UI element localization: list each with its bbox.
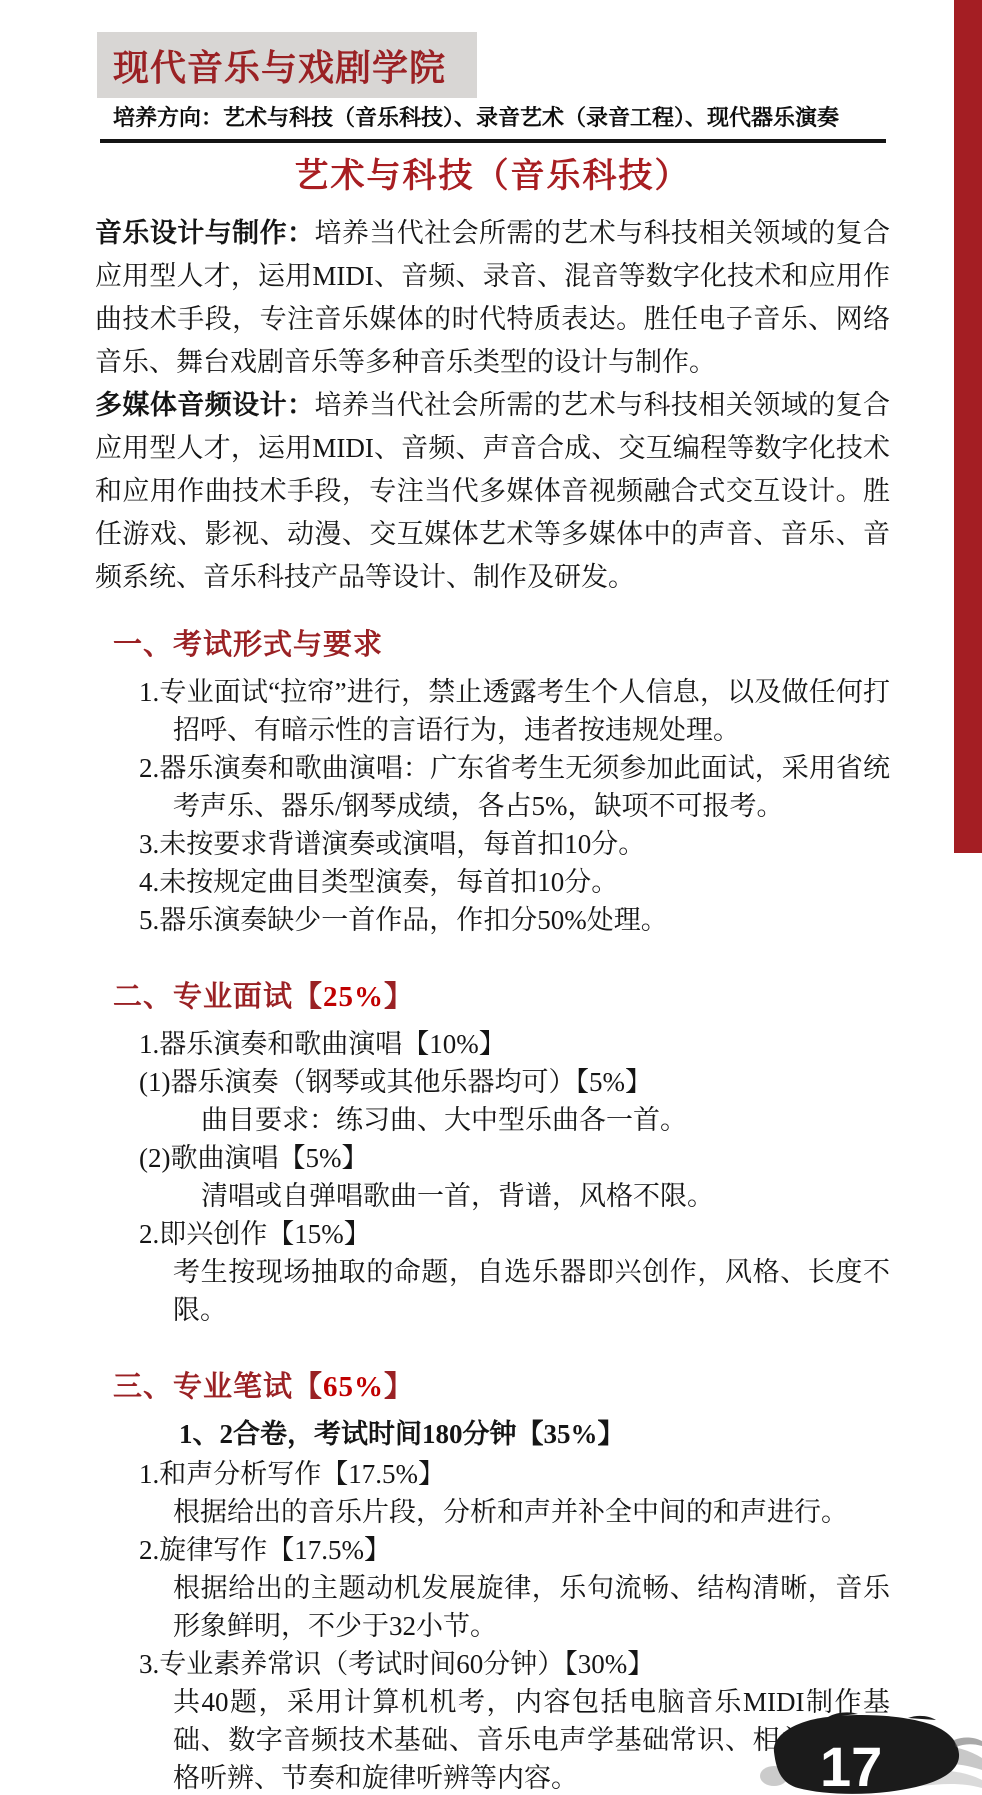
list-item-text: 专业面试“拉帘”进行，禁止透露考生个人信息，以及做任何打招呼、有暗示性的言语行为… [159, 677, 890, 745]
list-item: 1.器乐演奏和歌曲演唱【10%】 [95, 1025, 890, 1063]
intro-paragraph: 音乐设计与制作：培养当代社会所需的艺术与科技相关领域的复合应用型人才，运用MID… [95, 212, 890, 384]
training-directions: 培养方向：艺术与科技（音乐科技）、录音艺术（录音工程）、现代器乐演奏 [113, 101, 893, 132]
section-body: 1.器乐演奏和歌曲演唱【10%】 (1)器乐演奏（钢琴或其他乐器均可）【5%】 … [95, 1025, 890, 1329]
list-item-marker: 1. [139, 677, 159, 707]
list-item-marker: 2. [139, 1219, 159, 1249]
list-item-marker: 5. [139, 905, 159, 935]
list-item: 5.器乐演奏缺少一首作品，作扣分50%处理。 [95, 901, 890, 939]
list-item-marker: (2) [139, 1143, 170, 1173]
list-item-detail: 根据给出的主题动机发展旋律，乐句流畅、结构清晰，音乐形象鲜明，不少于32小节。 [95, 1569, 890, 1645]
list-item: 1.和声分析写作【17.5%】 [95, 1455, 890, 1493]
list-item-text: 器乐演奏和歌曲演唱【10%】 [159, 1029, 506, 1059]
list-item-text: 未按要求背谱演奏或演唱，每首扣10分。 [159, 829, 645, 859]
list-item-detail: 清唱或自弹唱歌曲一首，背谱，风格不限。 [95, 1177, 890, 1215]
list-item: 4.未按规定曲目类型演奏，每首扣10分。 [95, 863, 890, 901]
list-item-marker: 3. [139, 1649, 159, 1679]
section-heading: 三、专业笔试【65%】 [113, 1367, 890, 1407]
list-item-text: 未按规定曲目类型演奏，每首扣10分。 [159, 867, 618, 897]
list-item: 2.器乐演奏和歌曲演唱：广东省考生无须参加此面试，采用省统考声乐、器乐/钢琴成绩… [95, 749, 890, 825]
section-heading: 二、专业面试【25%】 [113, 977, 890, 1017]
pct-bracket-close: 】 [384, 981, 414, 1013]
intro-text: 培养当代社会所需的艺术与科技相关领域的复合应用型人才，运用MIDI、音频、声音合… [95, 390, 890, 592]
list-item-text: 器乐演奏缺少一首作品，作扣分50%处理。 [159, 905, 668, 935]
list-item-marker: 4. [139, 867, 159, 897]
list-item: (1)器乐演奏（钢琴或其他乐器均可）【5%】 [95, 1063, 890, 1101]
list-item-marker: (1) [139, 1067, 170, 1097]
pct-bracket-open: 【 [293, 1371, 323, 1403]
list-item: 3.未按要求背谱演奏或演唱，每首扣10分。 [95, 825, 890, 863]
list-item-detail: 考生按现场抽取的命题，自选乐器即兴创作，风格、长度不限。 [95, 1253, 890, 1329]
pct-bracket-close: 】 [384, 1371, 414, 1403]
list-item: 2.旋律写作【17.5%】 [95, 1531, 890, 1569]
list-item: 2.即兴创作【15%】 [95, 1215, 890, 1253]
pct-bracket-open: 【 [293, 981, 323, 1013]
list-item-text: 歌曲演唱【5%】 [170, 1143, 368, 1173]
right-accent-bar [954, 0, 982, 853]
page-content: 艺术与科技（音乐科技） 音乐设计与制作：培养当代社会所需的艺术与科技相关领域的复… [95, 156, 890, 1795]
college-name: 现代音乐与戏剧学院 [113, 40, 446, 91]
list-item-detail: 曲目要求：练习曲、大中型乐曲各一首。 [95, 1101, 890, 1139]
program-intro: 音乐设计与制作：培养当代社会所需的艺术与科技相关领域的复合应用型人才，运用MID… [95, 212, 890, 599]
section-weight: 25% [323, 981, 384, 1013]
list-item-text: 专业素养常识（考试时间60分钟）【30%】 [159, 1649, 654, 1679]
ink-brush-blob: 17 [758, 1710, 982, 1795]
intro-label: 多媒体音频设计： [95, 390, 314, 420]
list-item-text: 旋律写作【17.5%】 [159, 1535, 391, 1565]
list-item-text: 和声分析写作【17.5%】 [159, 1459, 445, 1489]
intro-paragraph: 多媒体音频设计：培养当代社会所需的艺术与科技相关领域的复合应用型人才，运用MID… [95, 384, 890, 599]
section-body: 1.专业面试“拉帘”进行，禁止透露考生个人信息，以及做任何打招呼、有暗示性的言语… [95, 673, 890, 939]
list-item-marker: 3. [139, 829, 159, 859]
list-item-text: 即兴创作【15%】 [159, 1219, 371, 1249]
list-item-marker: 2. [139, 753, 159, 783]
header-divider [100, 139, 886, 143]
page-title: 艺术与科技（音乐科技） [95, 156, 890, 198]
page-number-blob: 17 [758, 1710, 982, 1795]
section-heading: 一、考试形式与要求 [113, 625, 890, 665]
intro-label: 音乐设计与制作： [95, 218, 314, 248]
list-item-marker: 2. [139, 1535, 159, 1565]
section-weight: 65% [323, 1371, 384, 1403]
section-exam-format: 一、考试形式与要求 1.专业面试“拉帘”进行，禁止透露考生个人信息，以及做任何打… [95, 625, 890, 939]
section-interview: 二、专业面试【25%】 1.器乐演奏和歌曲演唱【10%】 (1)器乐演奏（钢琴或… [95, 977, 890, 1329]
page-number: 17 [820, 1735, 882, 1795]
section-heading-text: 三、专业笔试 [113, 1371, 293, 1403]
college-name-banner: 现代音乐与戏剧学院 [97, 32, 477, 98]
list-item: 1.专业面试“拉帘”进行，禁止透露考生个人信息，以及做任何打招呼、有暗示性的言语… [95, 673, 890, 749]
list-item-text: 器乐演奏（钢琴或其他乐器均可）【5%】 [170, 1067, 652, 1097]
section-heading-text: 二、专业面试 [113, 981, 293, 1013]
list-item-text: 器乐演奏和歌曲演唱：广东省考生无须参加此面试，采用省统考声乐、器乐/钢琴成绩，各… [159, 753, 890, 821]
combined-paper-note: 1、2合卷，考试时间180分钟【35%】 [95, 1415, 890, 1453]
list-item: 3.专业素养常识（考试时间60分钟）【30%】 [95, 1645, 890, 1683]
list-item-detail: 根据给出的音乐片段，分析和声并补全中间的和声进行。 [95, 1493, 890, 1531]
list-item-marker: 1. [139, 1029, 159, 1059]
list-item-marker: 1. [139, 1459, 159, 1489]
list-item: (2)歌曲演唱【5%】 [95, 1139, 890, 1177]
ink-smear-top [954, 1737, 982, 1747]
